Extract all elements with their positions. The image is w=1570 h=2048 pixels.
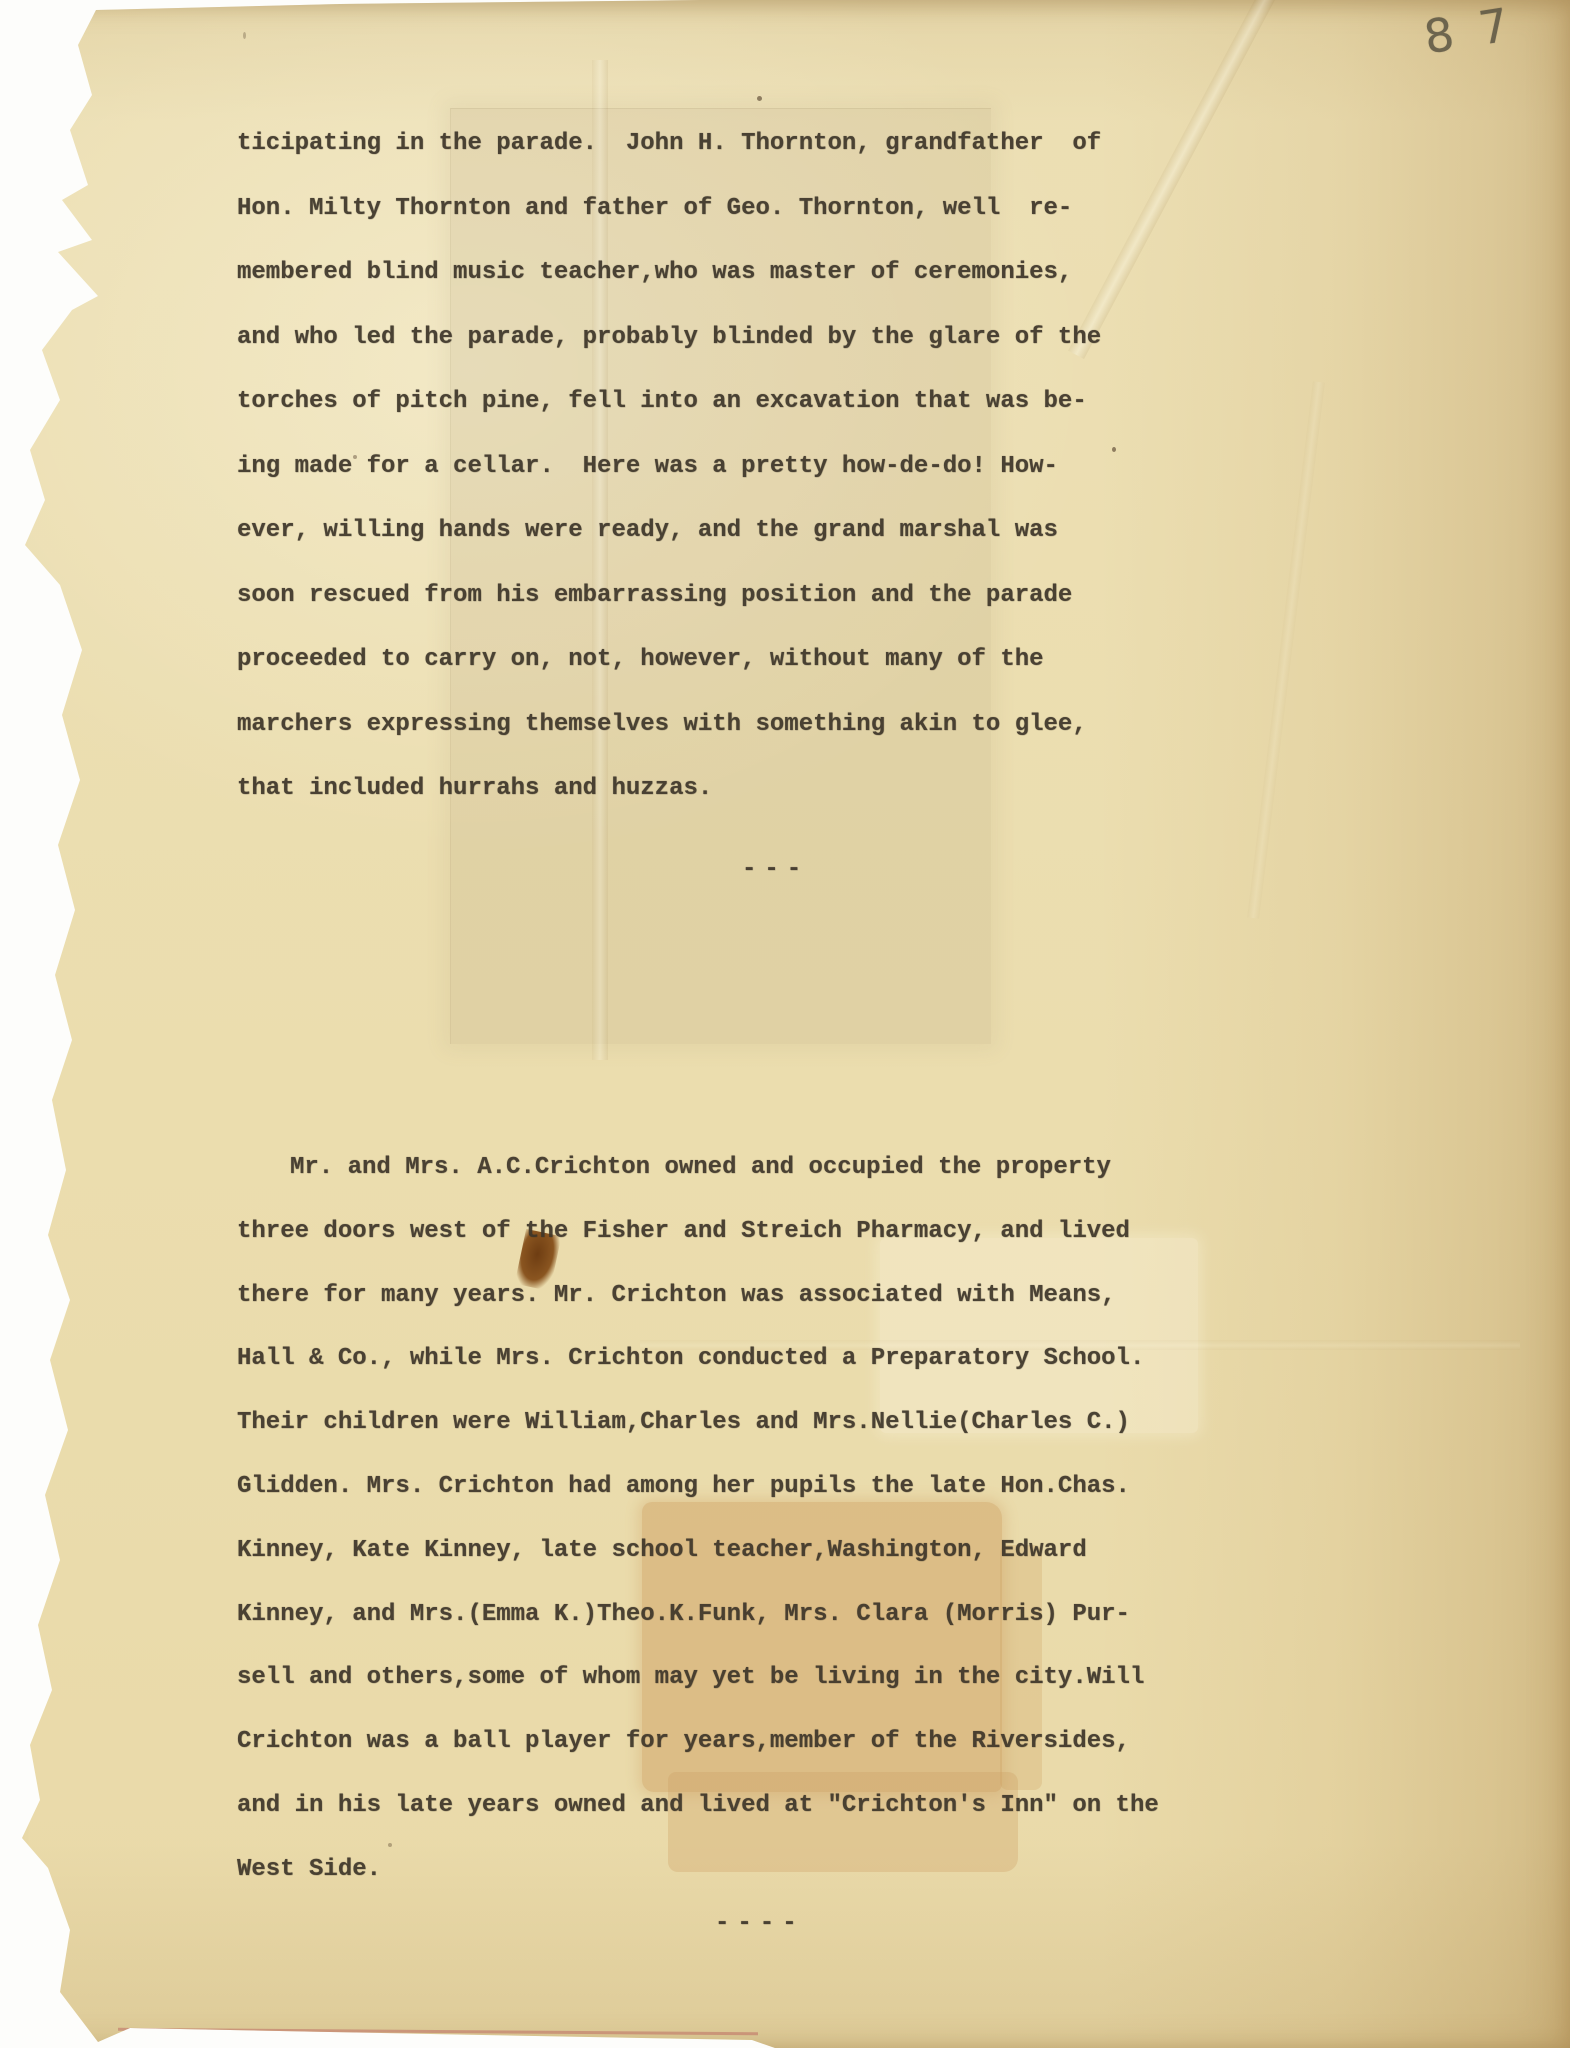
text-line: three doors west of the Fisher and Strei… <box>237 1200 1159 1264</box>
pencil-mark <box>243 32 246 39</box>
ink-speck <box>757 96 762 101</box>
text-line: and who led the parade, probably blinded… <box>237 306 1101 371</box>
typed-separator-1: --- <box>742 856 809 883</box>
text-line: and in his late years owned and lived at… <box>237 1774 1159 1838</box>
text-line: soon rescued from his embarrassing posit… <box>237 564 1101 629</box>
text-line: Mr. and Mrs. A.C.Crichton owned and occu… <box>237 1136 1159 1200</box>
underlying-sheet-edge <box>118 2028 758 2035</box>
text-line: torches of pitch pine, fell into an exca… <box>237 370 1101 435</box>
text-line: Crichton was a ball player for years,mem… <box>237 1710 1159 1774</box>
document-page: ticipating in the parade. John H. Thornt… <box>0 0 1570 2048</box>
text-line: sell and others,some of whom may yet be … <box>237 1646 1159 1710</box>
text-line: marchers expressing themselves with some… <box>237 693 1101 758</box>
text-line: West Side. <box>237 1838 1159 1902</box>
text-line: ticipating in the parade. John H. Thornt… <box>237 112 1101 177</box>
text-line: Glidden. Mrs. Crichton had among her pup… <box>237 1455 1159 1519</box>
text-line: there for many years. Mr. Crichton was a… <box>237 1264 1159 1328</box>
ink-speck <box>1112 447 1116 452</box>
text-line: Hall & Co., while Mrs. Crichton conducte… <box>237 1327 1159 1391</box>
text-line: membered blind music teacher,who was mas… <box>237 241 1101 306</box>
document-scan: ticipating in the parade. John H. Thornt… <box>0 0 1570 2048</box>
text-line: Kinney, Kate Kinney, late school teacher… <box>237 1519 1159 1583</box>
text-line: Their children were William,Charles and … <box>237 1391 1159 1455</box>
text-line: proceeded to carry on, not, however, wit… <box>237 628 1101 693</box>
text-line: ing made for a cellar. Here was a pretty… <box>237 435 1101 500</box>
text-line: Hon. Milty Thornton and father of Geo. T… <box>237 177 1101 242</box>
text-line: ever, willing hands were ready, and the … <box>237 499 1101 564</box>
text-line: that included hurrahs and huzzas. <box>237 757 1101 822</box>
page-number-handwritten: 87 <box>1420 0 1538 64</box>
paragraph-1: ticipating in the parade. John H. Thornt… <box>237 112 1101 822</box>
text-line: Kinney, and Mrs.(Emma K.)Theo.K.Funk, Mr… <box>237 1583 1159 1647</box>
paragraph-2: Mr. and Mrs. A.C.Crichton owned and occu… <box>237 1136 1159 1902</box>
right-crease <box>1247 381 1325 918</box>
typed-separator-2: ---- <box>715 1910 805 1937</box>
